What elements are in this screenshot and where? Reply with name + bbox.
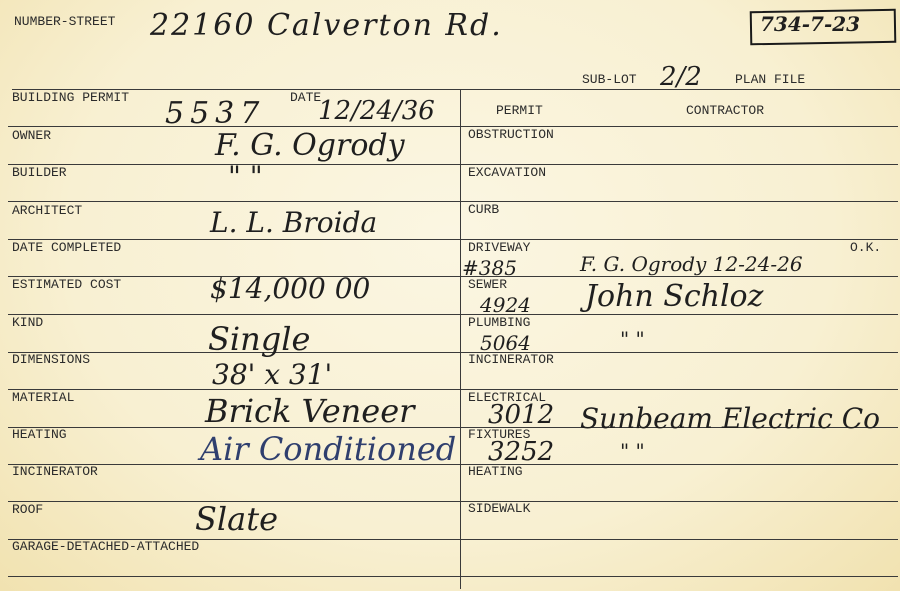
field-value-builder: " " xyxy=(228,160,263,193)
field-value-roof: Slate xyxy=(195,500,278,538)
ruled-line xyxy=(8,352,898,353)
ruled-line xyxy=(8,389,898,390)
field-value-dimensions: 38' x 31' xyxy=(212,358,332,391)
ruled-line xyxy=(8,126,898,127)
permit-label-obstruction: OBSTRUCTION xyxy=(468,127,554,142)
permit-label-curb: CURB xyxy=(468,202,499,217)
permit-number-fixtures: 3252 xyxy=(488,437,554,467)
sub-lot-value: 2/2 xyxy=(660,62,702,92)
permit-column-header: PERMIT xyxy=(496,103,543,118)
date-label: DATE xyxy=(290,90,321,105)
ruled-line xyxy=(8,576,898,577)
date-value: 12/24/36 xyxy=(318,96,435,126)
field-label-dimensions: DIMENSIONS xyxy=(12,352,90,367)
contractor-electrical: Sunbeam Electric Co xyxy=(580,402,880,435)
field-label-garage-detached-attached: GARAGE-DETACHED-ATTACHED xyxy=(12,539,199,554)
permit-label-heating: HEATING xyxy=(468,464,523,479)
field-value-architect: L. L. Broida xyxy=(210,206,377,239)
field-label-material: MATERIAL xyxy=(12,390,74,405)
ruled-line xyxy=(8,201,898,202)
field-label-date-completed: DATE COMPLETED xyxy=(12,240,121,255)
ruled-line xyxy=(8,501,898,502)
contractor-column-header: CONTRACTOR xyxy=(686,103,764,118)
permit-label-incinerator: INCINERATOR xyxy=(468,352,554,367)
permit-label-excavation: EXCAVATION xyxy=(468,165,546,180)
ruled-line xyxy=(8,239,898,240)
field-label-roof: ROOF xyxy=(12,502,43,517)
column-divider xyxy=(460,89,461,589)
plan-file-label: PLAN FILE xyxy=(735,72,805,87)
number-street-label: NUMBER-STREET xyxy=(14,14,115,29)
approval-note-driveway: O.K. xyxy=(850,240,881,255)
permit-label-driveway: DRIVEWAY xyxy=(468,240,530,255)
field-value-owner: F. G. Ogrody xyxy=(215,128,405,163)
field-value-heating: Air Conditioned xyxy=(200,430,456,468)
permit-number-electrical: 3012 xyxy=(488,400,554,430)
number-street-value: 22160 Calverton Rd. xyxy=(150,8,503,43)
permit-label-plumbing: PLUMBING xyxy=(468,315,530,330)
contractor-fixtures: " " xyxy=(620,439,645,463)
field-label-incinerator: INCINERATOR xyxy=(12,464,98,479)
contractor-sewer: John Schloz xyxy=(585,279,763,314)
contractor-plumbing: " " xyxy=(620,327,645,351)
field-value-kind: Single xyxy=(208,320,310,358)
contractor-driveway: F. G. Ogrody 12-24-26 xyxy=(580,252,803,276)
field-value-estimated-cost: $14,000 00 xyxy=(210,272,370,305)
permit-card: NUMBER-STREET 22160 Calverton Rd. 734-7-… xyxy=(0,0,900,591)
field-label-estimated-cost: ESTIMATED COST xyxy=(12,277,121,292)
field-value-building-permit: 5537 xyxy=(165,96,265,131)
field-label-owner: OWNER xyxy=(12,128,51,143)
permit-number-sewer: 4924 xyxy=(480,293,531,317)
ruled-line xyxy=(8,164,898,165)
permit-label-sewer: SEWER xyxy=(468,277,507,292)
field-label-heating: HEATING xyxy=(12,427,67,442)
permit-label-sidewalk: SIDEWALK xyxy=(468,501,530,516)
field-label-building-permit: BUILDING PERMIT xyxy=(12,90,129,105)
field-label-kind: KIND xyxy=(12,315,43,330)
ruled-line xyxy=(8,276,898,277)
ruled-line xyxy=(8,314,898,315)
field-label-builder: BUILDER xyxy=(12,165,67,180)
field-label-architect: ARCHITECT xyxy=(12,203,82,218)
field-value-material: Brick Veneer xyxy=(205,392,414,430)
ruled-line xyxy=(12,89,900,90)
sub-lot-label: SUB-LOT xyxy=(582,72,637,87)
card-number: 734-7-23 xyxy=(760,12,860,36)
